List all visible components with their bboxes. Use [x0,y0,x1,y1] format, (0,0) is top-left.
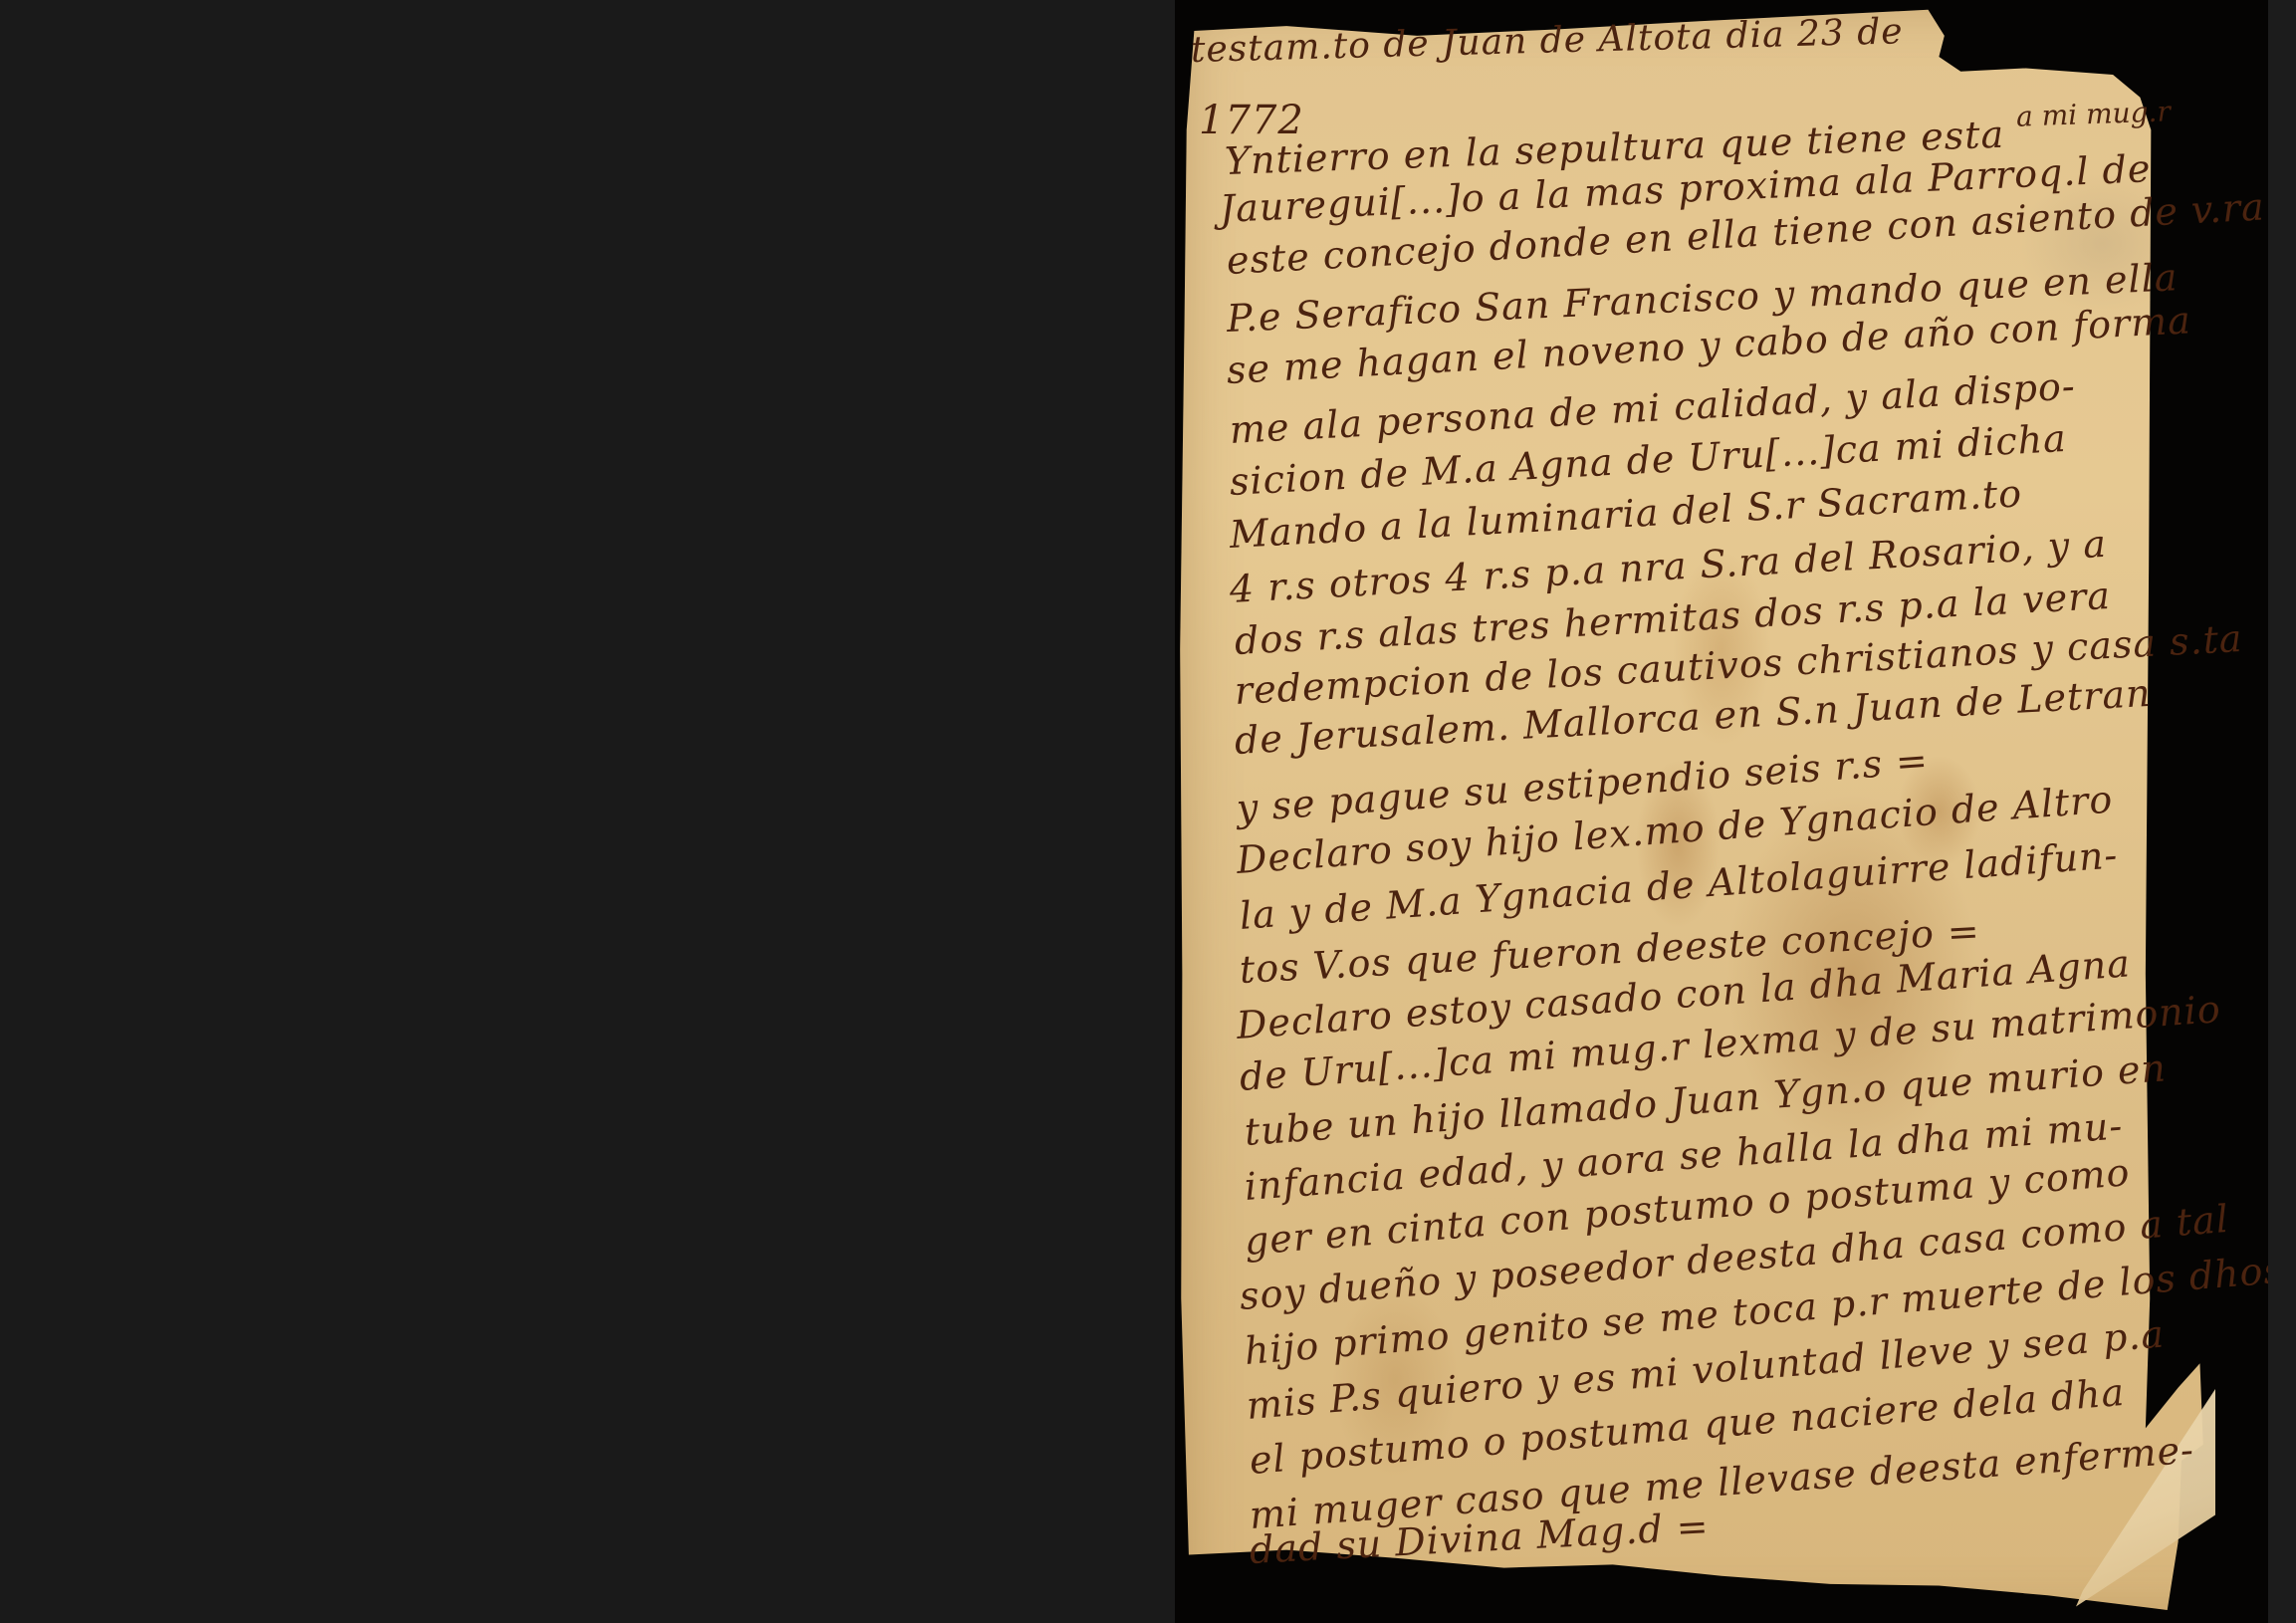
image-viewer: testam.to de Juan de Altota dia 23 de 17… [0,0,2296,1623]
document-heading: testam.to de Juan de Altota dia 23 de [1190,11,1904,71]
empty-left-panel [0,0,1175,1623]
manuscript-text: testam.to de Juan de Altota dia 23 de 17… [1175,0,2268,1623]
manuscript-photo: testam.to de Juan de Altota dia 23 de 17… [1175,0,2268,1623]
empty-right-gutter [2268,0,2296,1623]
addressee-note: a mi mug.r [2015,95,2171,132]
